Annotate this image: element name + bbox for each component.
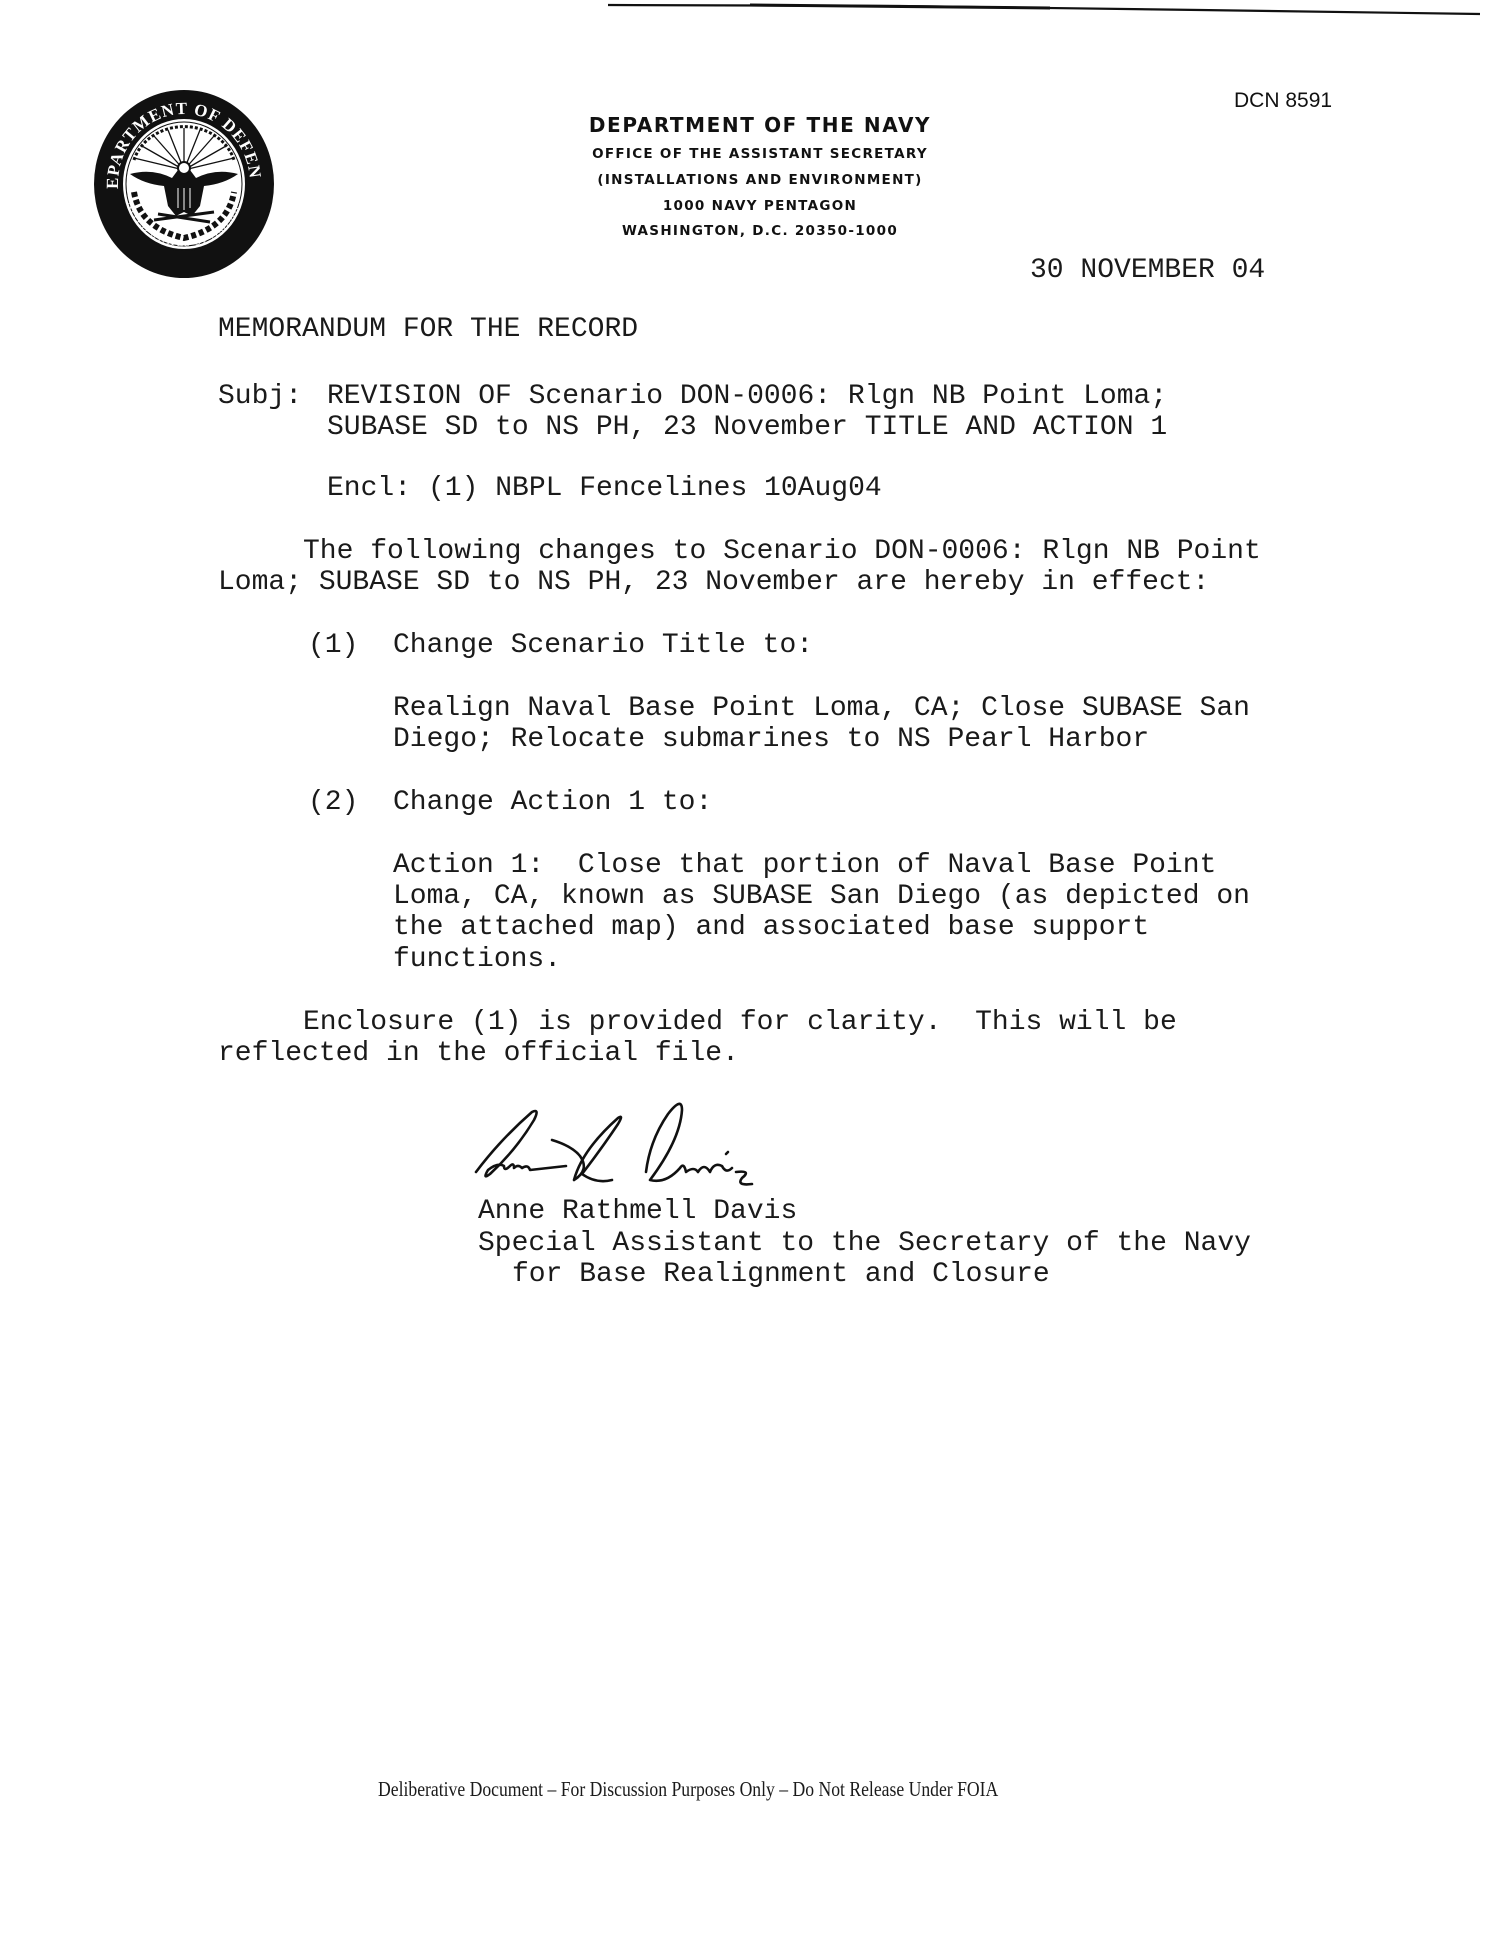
- change-1-body-line-2: Diego; Relocate submarines to NS Pearl H…: [393, 724, 1149, 755]
- handwritten-signature: [470, 1100, 820, 1195]
- letterhead-office: OFFICE OF THE ASSISTANT SECRETARY: [560, 146, 960, 162]
- subject-line-1: REVISION OF Scenario DON-0006: Rlgn NB P…: [327, 381, 1167, 412]
- enclosure-label: Encl:: [327, 473, 411, 504]
- document-control-number: DCN 8591: [1234, 89, 1332, 113]
- signer-title-line-2: for Base Realignment and Closure: [512, 1259, 1050, 1290]
- change-2-number: (2): [308, 787, 358, 818]
- intro-line-1: The following changes to Scenario DON-00…: [303, 536, 1261, 567]
- closing-line-2: reflected in the official file.: [218, 1038, 739, 1069]
- footer-disclaimer: Deliberative Document – For Discussion P…: [378, 1777, 998, 1802]
- change-1-heading: Change Scenario Title to:: [393, 630, 813, 661]
- change-2-heading: Change Action 1 to:: [393, 787, 712, 818]
- intro-line-2: Loma; SUBASE SD to NS PH, 23 November ar…: [218, 567, 1209, 598]
- change-1-number: (1): [308, 630, 358, 661]
- letterhead-title: DEPARTMENT OF THE NAVY: [560, 113, 960, 137]
- change-2-body-line-2: Loma, CA, known as SUBASE San Diego (as …: [393, 881, 1250, 912]
- subject-line-2: SUBASE SD to NS PH, 23 November TITLE AN…: [327, 412, 1167, 443]
- department-of-defense-seal-icon: DEPARTMENT OF DEFENSE UNITED STATES OF A…: [92, 88, 276, 280]
- closing-line-1: Enclosure (1) is provided for clarity. T…: [303, 1007, 1177, 1038]
- change-2-body-line-4: functions.: [393, 944, 561, 975]
- change-2-body-line-1: Action 1: Close that portion of Naval Ba…: [393, 850, 1216, 881]
- change-1-body-line-1: Realign Naval Base Point Loma, CA; Close…: [393, 693, 1250, 724]
- signer-name: Anne Rathmell Davis: [478, 1196, 797, 1227]
- letterhead-city: WASHINGTON, D.C. 20350-1000: [560, 223, 960, 239]
- subject-label: Subj:: [218, 381, 302, 412]
- memo-heading: MEMORANDUM FOR THE RECORD: [218, 314, 638, 345]
- signer-title-line-1: Special Assistant to the Secretary of th…: [478, 1228, 1251, 1259]
- scan-edge-line: [600, 0, 1500, 20]
- memo-date: 30 NOVEMBER 04: [1030, 255, 1265, 286]
- change-2-body-line-3: the attached map) and associated base su…: [393, 912, 1149, 943]
- letterhead-address: 1000 NAVY PENTAGON: [560, 198, 960, 214]
- letterhead-division: (INSTALLATIONS AND ENVIRONMENT): [560, 172, 960, 188]
- enclosure-text: (1) NBPL Fencelines 10Aug04: [428, 473, 882, 504]
